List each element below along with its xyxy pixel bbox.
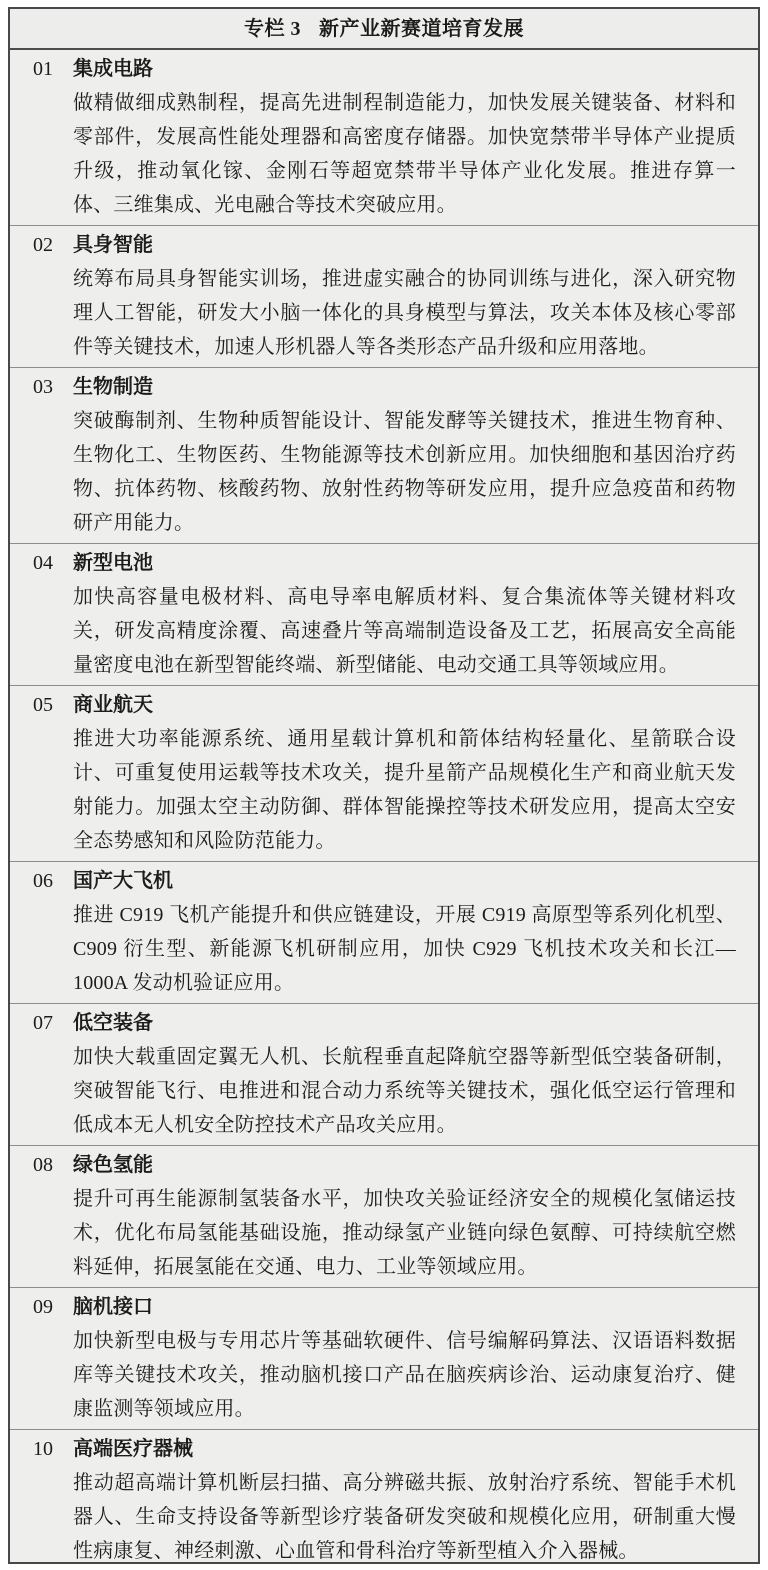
section-biomanufacturing: 03 生物制造 突破酶制剂、生物种质智能设计、智能发酵等关键技术，推进生物育种、… bbox=[10, 367, 758, 543]
section-green-hydrogen: 08 绿色氢能 提升可再生能源制氢装备水平，加快攻关验证经济安全的规模化氢储运技… bbox=[10, 1145, 758, 1287]
section-number: 02 bbox=[10, 228, 73, 364]
column-title-text: 新产业新赛道培育发展 bbox=[319, 18, 524, 40]
section-number: 06 bbox=[10, 864, 73, 1000]
section-title: 具身智能 bbox=[73, 228, 736, 262]
section-body: 提升可再生能源制氢装备水平，加快攻关验证经济安全的规模化氢储运技术，优化布局氢能… bbox=[73, 1182, 736, 1284]
section-number: 04 bbox=[10, 546, 73, 682]
section-body: 做精做细成熟制程，提高先进制程制造能力，加快发展关键装备、材料和零部件，发展高性… bbox=[73, 86, 736, 222]
section-number: 09 bbox=[10, 1290, 73, 1426]
section-high-end-medical-devices: 10 高端医疗器械 推动超高端计算机断层扫描、高分辨磁共振、放射治疗系统、智能手… bbox=[10, 1429, 758, 1570]
section-number: 05 bbox=[10, 688, 73, 858]
section-body: 推进大功率能源系统、通用星载计算机和箭体结构轻量化、星箭联合设计、可重复使用运载… bbox=[73, 722, 736, 858]
section-list: 01 集成电路 做精做细成熟制程，提高先进制程制造能力，加快发展关键装备、材料和… bbox=[10, 50, 758, 1570]
section-title: 集成电路 bbox=[73, 52, 736, 86]
section-number: 01 bbox=[10, 52, 73, 222]
column-box-title: 专栏 3新产业新赛道培育发展 bbox=[10, 9, 758, 50]
section-title: 低空装备 bbox=[73, 1006, 736, 1040]
section-low-altitude-equipment: 07 低空装备 加快大载重固定翼无人机、长航程垂直起降航空器等新型低空装备研制，… bbox=[10, 1003, 758, 1145]
section-brain-computer-interface: 09 脑机接口 加快新型电极与专用芯片等基础软硬件、信号编解码算法、汉语语料数据… bbox=[10, 1287, 758, 1429]
section-title: 新型电池 bbox=[73, 546, 736, 580]
section-large-aircraft: 06 国产大飞机 推进 C919 飞机产能提升和供应链建设，开展 C919 高原… bbox=[10, 861, 758, 1003]
section-integrated-circuits: 01 集成电路 做精做细成熟制程，提高先进制程制造能力，加快发展关键装备、材料和… bbox=[10, 50, 758, 225]
section-body: 统筹布局具身智能实训场，推进虚实融合的协同训练与进化，深入研究物理人工智能，研发… bbox=[73, 262, 736, 364]
section-embodied-ai: 02 具身智能 统筹布局具身智能实训场，推进虚实融合的协同训练与进化，深入研究物… bbox=[10, 225, 758, 367]
column-box: 专栏 3新产业新赛道培育发展 01 集成电路 做精做细成熟制程，提高先进制程制造… bbox=[8, 7, 760, 1564]
section-title: 高端医疗器械 bbox=[73, 1432, 736, 1466]
section-number: 10 bbox=[10, 1432, 73, 1568]
section-number: 07 bbox=[10, 1006, 73, 1142]
column-label: 专栏 3 bbox=[244, 18, 301, 40]
section-number: 08 bbox=[10, 1148, 73, 1284]
section-title: 绿色氢能 bbox=[73, 1148, 736, 1182]
section-title: 商业航天 bbox=[73, 688, 736, 722]
section-title: 生物制造 bbox=[73, 370, 736, 404]
section-title: 脑机接口 bbox=[73, 1290, 736, 1324]
section-body: 加快大载重固定翼无人机、长航程垂直起降航空器等新型低空装备研制，突破智能飞行、电… bbox=[73, 1040, 736, 1142]
section-body: 突破酶制剂、生物种质智能设计、智能发酵等关键技术，推进生物育种、生物化工、生物医… bbox=[73, 404, 736, 540]
section-title: 国产大飞机 bbox=[73, 864, 736, 898]
section-body: 推进 C919 飞机产能提升和供应链建设，开展 C919 高原型等系列化机型、C… bbox=[73, 898, 736, 1000]
section-body: 推动超高端计算机断层扫描、高分辨磁共振、放射治疗系统、智能手术机器人、生命支持设… bbox=[73, 1466, 736, 1568]
section-number: 03 bbox=[10, 370, 73, 540]
section-body: 加快新型电极与专用芯片等基础软硬件、信号编解码算法、汉语语料数据库等关键技术攻关… bbox=[73, 1324, 736, 1426]
section-body: 加快高容量电极材料、高电导率电解质材料、复合集流体等关键材料攻关，研发高精度涂覆… bbox=[73, 580, 736, 682]
section-commercial-space: 05 商业航天 推进大功率能源系统、通用星载计算机和箭体结构轻量化、星箭联合设计… bbox=[10, 685, 758, 861]
section-new-batteries: 04 新型电池 加快高容量电极材料、高电导率电解质材料、复合集流体等关键材料攻关… bbox=[10, 543, 758, 685]
